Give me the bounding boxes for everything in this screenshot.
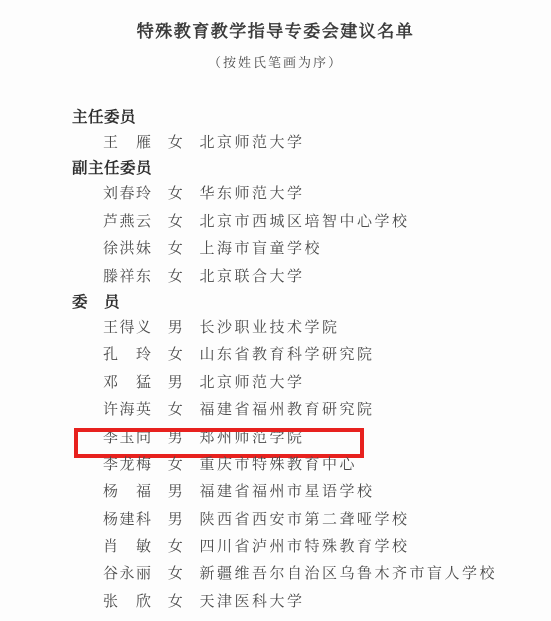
member-institution: 北京师范大学 [200,135,305,151]
member-row: 徐洪妹 女 上海市盲童学校 [0,236,551,263]
member-row: 李玉向 男 郑州师范学院 [0,425,551,452]
member-gender: 男 [168,370,184,397]
member-gender: 男 [168,315,184,342]
member-list: 主任委员 王 雁 女 北京师范大学 副主任委员 刘春玲 女 华东师范大学 芦燕云… [0,106,551,616]
member-institution: 上海市盲童学校 [200,241,323,257]
member-institution: 天津医科大学 [200,594,305,610]
member-row: 杨 福 男 福建省福州市星语学校 [0,479,551,506]
section-heading: 主任委员 [0,106,551,130]
member-row: 芦燕云 女 北京市西城区培智中心学校 [0,209,551,236]
member-row: 许海英 女 福建省福州教育研究院 [0,397,551,424]
section-heading: 委 员 [0,291,551,315]
document-page: 特殊教育教学指导专委会建议名单 （按姓氏笔画为序） 主任委员 王 雁 女 北京师… [0,0,551,621]
member-name: 王 雁 [103,130,151,157]
member-institution: 华东师范大学 [200,186,305,202]
member-institution: 四川省泸州市特殊教育学校 [200,539,410,555]
member-gender: 男 [168,507,184,534]
member-row: 谷永丽 女 新疆维吾尔自治区乌鲁木齐市盲人学校 [0,561,551,588]
member-institution: 山东省教育科学研究院 [200,347,375,363]
member-institution: 陕西省西安市第二聋哑学校 [200,512,410,528]
member-institution: 福建省福州市星语学校 [200,484,375,500]
member-institution: 北京联合大学 [200,269,305,285]
member-name: 徐洪妹 [103,236,151,263]
member-gender: 女 [168,452,184,479]
member-row: 杨建科 男 陕西省西安市第二聋哑学校 [0,507,551,534]
member-name: 王得义 [103,315,151,342]
member-name: 张 欣 [103,589,151,616]
member-gender: 女 [168,342,184,369]
member-name: 邓 猛 [103,370,151,397]
member-name: 李龙梅 [103,452,151,479]
document-subtitle: （按姓氏笔画为序） [0,52,551,71]
member-name: 杨建科 [103,507,151,534]
member-name: 孔 玲 [103,342,151,369]
member-row: 李龙梅 女 重庆市特殊教育中心 [0,452,551,479]
member-name: 滕祥东 [103,264,151,291]
section-heading: 副主任委员 [0,157,551,181]
member-gender: 女 [168,236,184,263]
member-name: 肖 敏 [103,534,151,561]
member-gender: 女 [168,561,184,588]
document-title: 特殊教育教学指导专委会建议名单 [0,0,551,42]
member-gender: 女 [168,397,184,424]
member-row: 孔 玲 女 山东省教育科学研究院 [0,342,551,369]
member-row: 王得义 男 长沙职业技术学院 [0,315,551,342]
member-gender: 女 [168,130,184,157]
member-gender: 女 [168,264,184,291]
member-institution: 福建省福州教育研究院 [200,402,375,418]
member-institution: 长沙职业技术学院 [200,320,340,336]
member-name: 刘春玲 [103,181,151,208]
member-institution: 北京师范大学 [200,375,305,391]
member-gender: 女 [168,534,184,561]
member-name: 芦燕云 [103,209,151,236]
member-gender: 女 [168,209,184,236]
member-name: 杨 福 [103,479,151,506]
member-row: 滕祥东 女 北京联合大学 [0,264,551,291]
member-row: 邓 猛 男 北京师范大学 [0,370,551,397]
member-institution: 新疆维吾尔自治区乌鲁木齐市盲人学校 [200,566,498,582]
member-row: 张 欣 女 天津医科大学 [0,589,551,616]
member-gender: 女 [168,181,184,208]
member-institution: 北京市西城区培智中心学校 [200,214,410,230]
member-row: 刘春玲 女 华东师范大学 [0,181,551,208]
member-name: 许海英 [103,397,151,424]
member-row: 王 雁 女 北京师范大学 [0,130,551,157]
member-institution: 重庆市特殊教育中心 [200,457,358,473]
member-name: 谷永丽 [103,561,151,588]
member-gender: 女 [168,589,184,616]
member-row: 肖 敏 女 四川省泸州市特殊教育学校 [0,534,551,561]
member-gender: 男 [168,479,184,506]
